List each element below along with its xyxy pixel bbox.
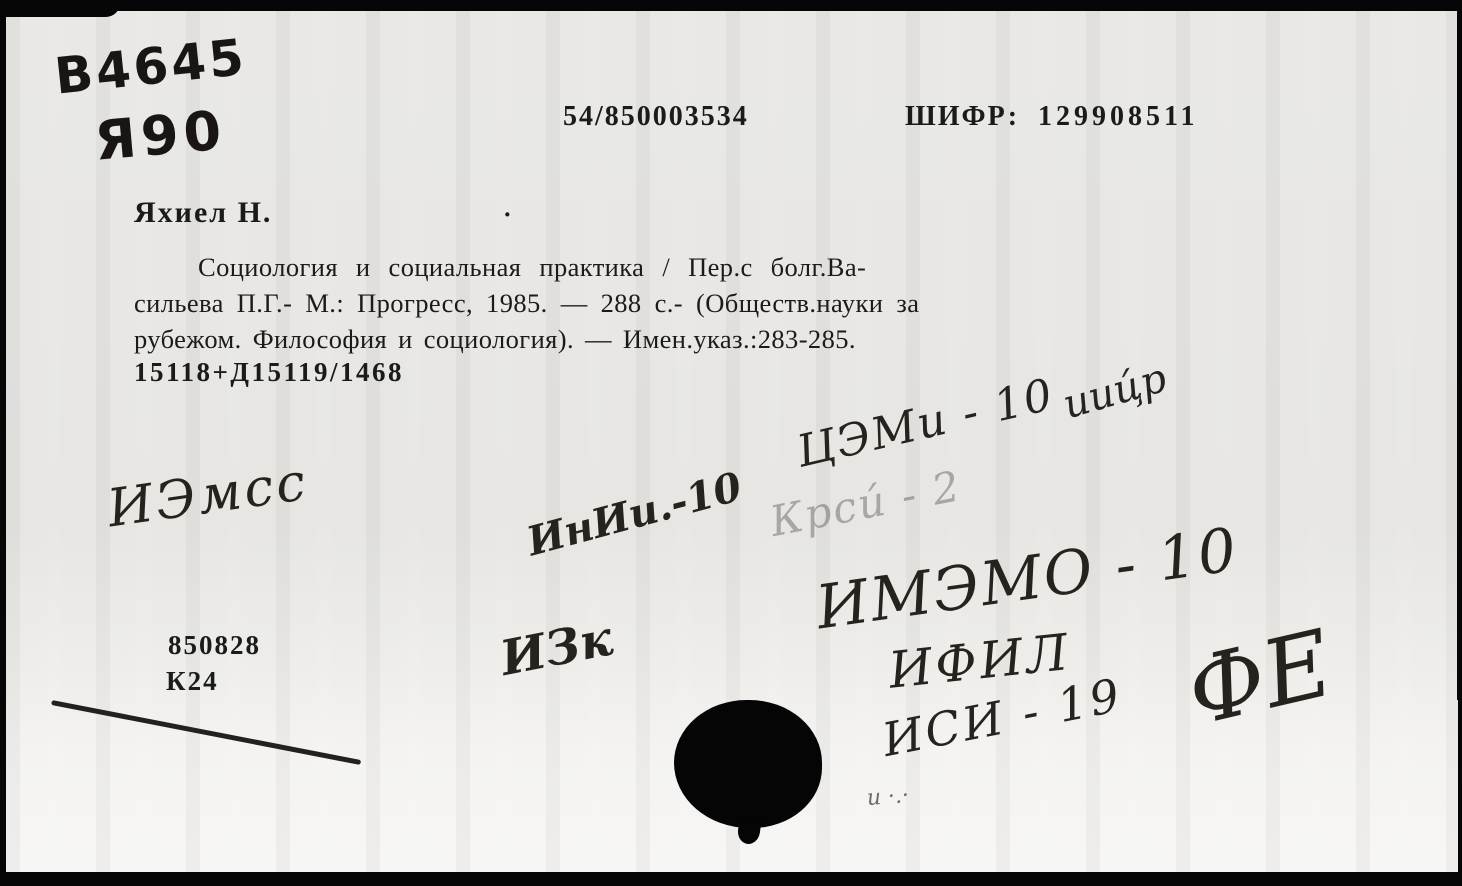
scan-edge-top-left-wedge <box>0 0 120 17</box>
scan-edge-left <box>0 0 6 800</box>
bib-line-2: сильева П.Г.- М.: Прогресс, 1985. — 288 … <box>134 285 1250 321</box>
scan-edge-bottom <box>0 875 1462 886</box>
scan-edge-right <box>1457 0 1462 700</box>
scanned-catalog-card-page: В4645 Я90 54/850003534 ШИФР: 129908511 Я… <box>0 0 1462 886</box>
author-heading: Яхиел Н. <box>134 196 272 230</box>
print-code-line1: 850828 <box>168 630 261 661</box>
author-stray-mark: · <box>503 200 512 230</box>
call-number-line2: Я90 <box>92 99 229 173</box>
annotation-tiny-marks: и ·.· <box>866 783 910 811</box>
scan-edge-top <box>0 0 1462 11</box>
shifr-label: ШИФР: <box>905 101 1019 133</box>
bib-line-1: Социология и социальная практика / Пер.с… <box>134 249 1314 285</box>
hole-punch-mark <box>674 700 822 828</box>
print-code-line2: К24 <box>166 666 219 697</box>
accession-number: 54/850003534 <box>563 101 749 133</box>
inventory-number: 15118+Д15119/1468 <box>134 357 404 388</box>
shifr-value: 129908511 <box>1038 101 1198 133</box>
bib-line-3: рубежом. Философия и социология). — Имен… <box>134 321 1250 357</box>
